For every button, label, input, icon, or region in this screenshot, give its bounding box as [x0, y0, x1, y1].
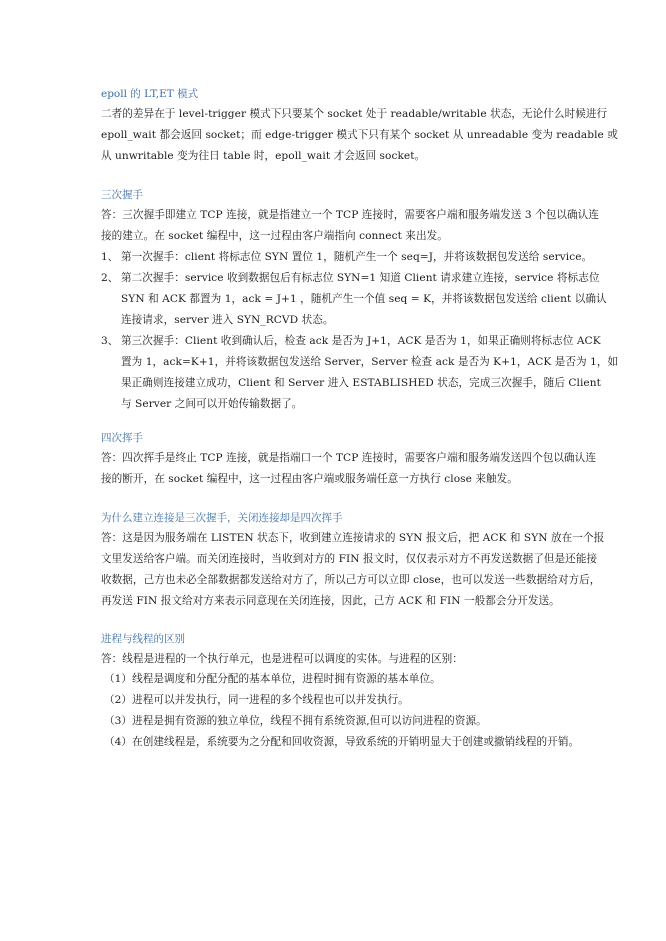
list-number: 1、 — [101, 249, 118, 264]
paragraph-line: 文里发送给客户端。而关闭连接时，当收到对方的 FIN 报文时，仅仅表示对方不再发… — [101, 551, 597, 566]
list-item-line: 果正确则连接建立成功，Client 和 Server 进入 ESTABLISHE… — [121, 375, 601, 390]
list-number: 2、 — [101, 270, 118, 285]
paragraph-line: 从 unwritable 变为往日 table 时，epoll_wait 才会返… — [101, 148, 425, 163]
paragraph-line: 接的建立。在 socket 编程中，这一过程由客户端指向 connect 来出发… — [101, 228, 448, 243]
list-item-line: 第三次握手：Client 收到确认后，检查 ack 是否为 J+1，ACK 是否… — [121, 333, 601, 348]
list-item-line: （1）线程是调度和分配分配的基本单位，进程时拥有资源的基本单位。 — [104, 671, 441, 686]
list-item-line: 连接请求，server 进入 SYN_RCVD 状态。 — [121, 312, 334, 327]
paragraph-line: 二者的差异在于 level-trigger 模式下只要某个 socket 处于 … — [101, 106, 607, 121]
list-item-line: 第二次握手：service 收到数据包后有标志位 SYN=1 知道 Client… — [121, 270, 599, 285]
list-item-line: 第一次握手：client 将标志位 SYN 置位 1，随机产生一个 seq=J，… — [121, 249, 592, 264]
list-item-line: （4）在创建线程是，系统要为之分配和回收资源，导致系统的开销明显大于创建或撤销线… — [104, 734, 579, 749]
document-page: epoll 的 LT,ET 模式 二者的差异在于 level-trigger 模… — [0, 0, 666, 941]
paragraph-line: epoll_wait 都会返回 socket；而 edge-trigger 模式… — [101, 127, 618, 142]
paragraph-line: 接的断开，在 socket 编程中，这一过程由客户端或服务端任意一方执行 clo… — [101, 471, 518, 486]
list-item-line: SYN 和 ACK 都置为 1，ack = J+1 ，随机产生一个值 seq =… — [121, 291, 607, 306]
paragraph-line: 收数据，己方也未必全部数据都发送给对方了，所以己方可以立即 close，也可以发… — [101, 572, 600, 587]
list-item-line: 置为 1，ack=K+1，并将该数据包发送给 Server，Server 检查 … — [121, 354, 618, 369]
section-heading-three-way-handshake: 三次握手 — [101, 187, 143, 202]
section-heading-four-way-handshake: 四次挥手 — [101, 430, 143, 445]
section-heading-why-three-four: 为什么建立连接是三次握手，关闭连接却是四次挥手 — [101, 510, 343, 525]
list-item-line: （3）进程是拥有资源的独立单位，线程不拥有系统资源,但可以访问进程的资源。 — [104, 713, 487, 728]
paragraph-line: 答：这是因为服务端在 LISTEN 状态下，收到建立连接请求的 SYN 报文后，… — [101, 530, 604, 545]
section-heading-process-vs-thread: 进程与线程的区别 — [101, 631, 185, 646]
section-heading-epoll: epoll 的 LT,ET 模式 — [101, 86, 198, 101]
paragraph-line: 答：三次握手即建立 TCP 连接，就是指建立一个 TCP 连接时，需要客户端和服… — [101, 207, 599, 222]
paragraph-line: 答：四次挥手是终止 TCP 连接，就是指端口一个 TCP 连接时，需要客户端和服… — [101, 450, 596, 465]
paragraph-line: 答：线程是进程的一个执行单元，也是进程可以调度的实体。与进程的区别： — [101, 651, 463, 666]
list-item-line: 与 Server 之间可以开始传输数据了。 — [121, 396, 302, 411]
list-number: 3、 — [101, 333, 118, 348]
paragraph-line: 再发送 FIN 报文给对方来表示同意现在关闭连接，因此，己方 ACK 和 FIN… — [101, 593, 560, 608]
list-item-line: （2）进程可以并发执行，同一进程的多个线程也可以并发执行。 — [104, 692, 409, 707]
